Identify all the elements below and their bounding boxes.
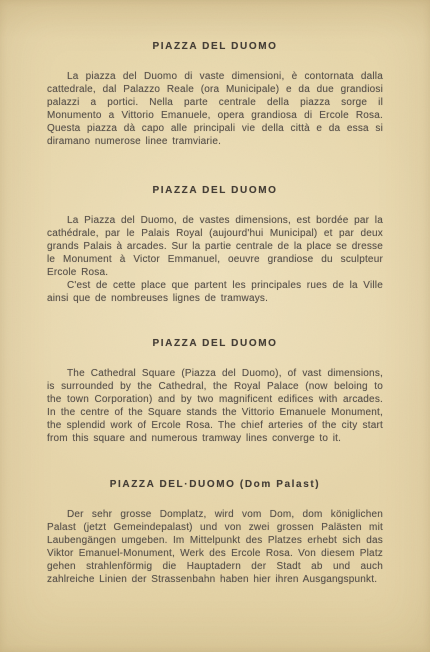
section-french: PIAZZA DEL DUOMO La Piazza del Duomo, de… bbox=[47, 185, 383, 305]
section-english: PIAZZA DEL DUOMO The Cathedral Square (P… bbox=[47, 338, 383, 445]
section-title-french: PIAZZA DEL DUOMO bbox=[47, 185, 383, 196]
section-title-italian: PIAZZA DEL DUOMO bbox=[47, 41, 383, 52]
section-german: PIAZZA DEL·DUOMO (Dom Palast) Der sehr g… bbox=[47, 479, 383, 586]
section-title-english: PIAZZA DEL DUOMO bbox=[47, 338, 383, 349]
section-title-german: PIAZZA DEL·DUOMO (Dom Palast) bbox=[47, 479, 383, 490]
paragraph-english: The Cathedral Square (Piazza del Duomo),… bbox=[47, 367, 383, 445]
scanned-page: PIAZZA DEL DUOMO La piazza del Duomo di … bbox=[0, 0, 430, 652]
section-italian: PIAZZA DEL DUOMO La piazza del Duomo di … bbox=[47, 41, 383, 148]
paragraph-french-1: La Piazza del Duomo, de vastes dimension… bbox=[47, 214, 383, 279]
paragraph-german: Der sehr grosse Domplatz, wird vom Dom, … bbox=[47, 508, 383, 586]
text-block: PIAZZA DEL DUOMO La piazza del Duomo di … bbox=[47, 0, 383, 586]
paragraph-italian: La piazza del Duomo di vaste dimensioni,… bbox=[47, 70, 383, 148]
paragraph-french-2: C'est de cette place que partent les pri… bbox=[47, 279, 383, 305]
